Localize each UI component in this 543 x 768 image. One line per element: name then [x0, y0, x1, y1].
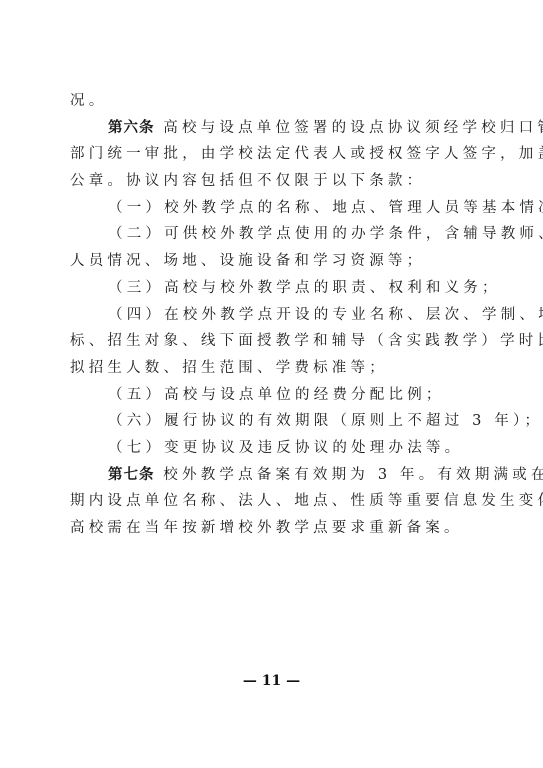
clause-2: （二）可供校外教学点使用的办学条件，含辅导教师、教辅: [70, 221, 474, 248]
paragraph-line: 期内设点单位名称、法人、地点、性质等重要信息发生变化的，: [70, 488, 474, 515]
article-6-label: 第六条: [108, 120, 155, 136]
clause-6: （六）履行协议的有效期限（原则上不超过 3 年）；: [70, 408, 474, 435]
clause-4: （四）在校外教学点开设的专业名称、层次、学制、培养目: [70, 302, 474, 329]
paragraph-line: 人员情况、场地、设施设备和学习资源等；: [70, 248, 474, 275]
paragraph-line: 标、招生对象、线下面授教学和辅导（含实践教学）学时比例、: [70, 328, 474, 355]
clause-1: （一）校外教学点的名称、地点、管理人员等基本情况: [70, 195, 474, 222]
clause-5: （五）高校与设点单位的经费分配比例；: [70, 382, 474, 409]
article-6-heading-line: 第六条 高校与设点单位签署的设点协议须经学校归口管理: [70, 115, 474, 142]
paragraph-line: 部门统一审批，由学校法定代表人或授权签字人签字，加盖学校: [70, 141, 474, 168]
article-7-text: 校外教学点备案有效期为 3 年。有效期满或在有效: [155, 467, 543, 483]
clause-3: （三）高校与校外教学点的职责、权利和义务；: [70, 275, 474, 302]
article-7-label: 第七条: [108, 467, 155, 483]
paragraph-line: 况。: [70, 88, 474, 115]
document-body: 况。 第六条 高校与设点单位签署的设点协议须经学校归口管理 部门统一审批，由学校…: [70, 88, 474, 542]
paragraph-line: 拟招生人数、招生范围、学费标准等；: [70, 355, 474, 382]
page-number: — 11 —: [0, 673, 543, 689]
paragraph-line: 高校需在当年按新增校外教学点要求重新备案。: [70, 515, 474, 542]
paragraph-line: 公章。协议内容包括但不仅限于以下条款：: [70, 168, 474, 195]
article-6-text: 高校与设点单位签署的设点协议须经学校归口管理: [155, 120, 543, 136]
clause-7: （七）变更协议及违反协议的处理办法等。: [70, 435, 474, 462]
article-7-heading-line: 第七条 校外教学点备案有效期为 3 年。有效期满或在有效: [70, 462, 474, 489]
